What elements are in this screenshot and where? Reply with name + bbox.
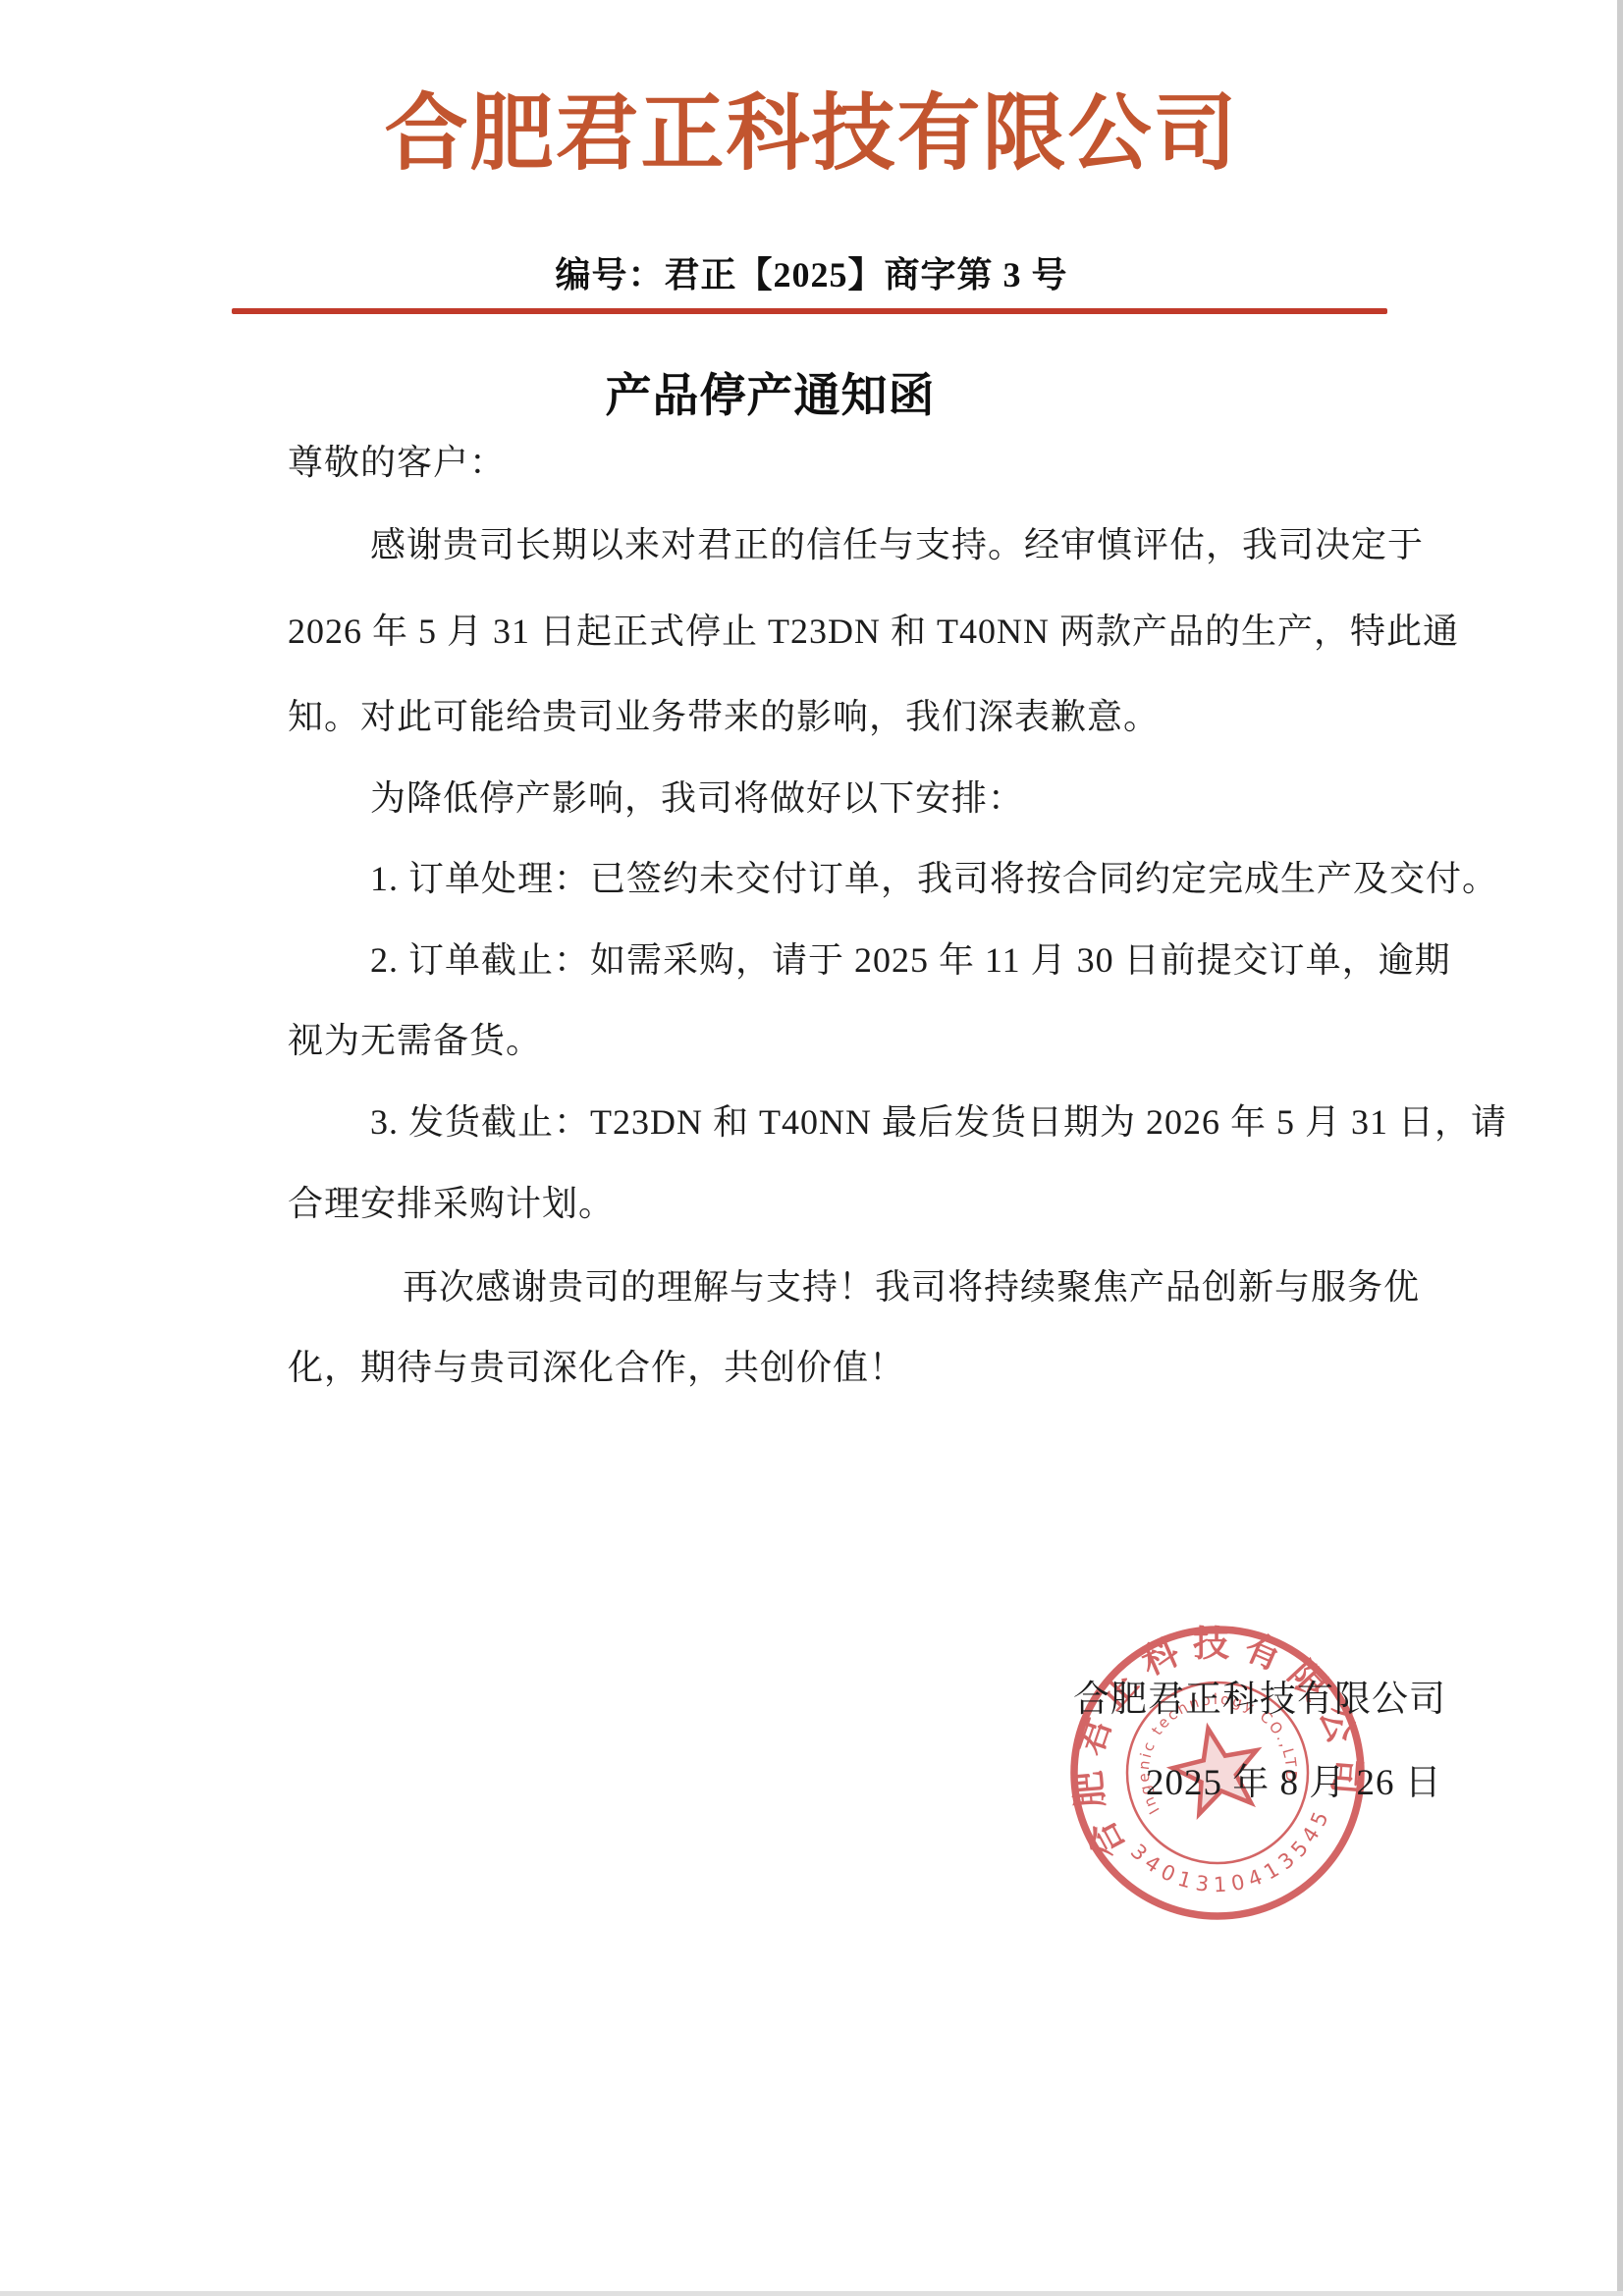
body-line: 尊敬的客户： [288, 441, 506, 485]
body-line: 2. 订单截止：如需采购，请于 2025 年 11 月 30 日前提交订单，逾期 [370, 938, 1451, 983]
body-line: 化，期待与贵司深化合作，共创价值！ [288, 1346, 905, 1390]
letter-title: 产品停产通知函 [0, 359, 1582, 425]
body-line: 知。对此可能给贵司业务带来的影响，我们深表歉意。 [288, 695, 1160, 739]
scan-edge-shadow-right [1617, 0, 1623, 2296]
body-line: 再次感谢贵司的理解与支持！我司将持续聚焦产品创新与服务优 [403, 1265, 1420, 1309]
doc-number: 编号：君正【2025】商字第 3 号 [0, 247, 1623, 297]
body-line: 2026 年 5 月 31 日起正式停止 T23DN 和 T40NN 两款产品的… [288, 610, 1459, 654]
signature-date: 2025 年 8 月 26 日 [1146, 1752, 1442, 1805]
body-line: 合理安排采购计划。 [288, 1182, 615, 1226]
body-line: 3. 发货截止：T23DN 和 T40NN 最后发货日期为 2026 年 5 月… [370, 1100, 1507, 1145]
svg-text:3401310413545: 3401310413545 [1123, 1799, 1348, 1916]
letter-page: 合肥君正科技有限公司 编号：君正【2025】商字第 3 号 产品停产通知函 尊敬… [0, 0, 1623, 2296]
body-line: 感谢贵司长期以来对君正的信任与支持。经审慎评估，我司决定于 [370, 523, 1424, 567]
body-line: 1. 订单处理：已签约未交付订单，我司将按合同约定完成生产及交付。 [370, 857, 1498, 901]
letterhead-divider-rule [232, 308, 1387, 314]
signature-company: 合肥君正科技有限公司 [1073, 1669, 1446, 1722]
company-letterhead-title: 合肥君正科技有限公司 [0, 88, 1623, 181]
seal-serial-number: 3401310413545 [1123, 1799, 1348, 1916]
scan-edge-shadow-bottom [0, 2291, 1623, 2296]
body-line: 为降低停产影响，我司将做好以下安排： [370, 776, 1024, 821]
body-line: 视为无需备货。 [288, 1019, 542, 1063]
